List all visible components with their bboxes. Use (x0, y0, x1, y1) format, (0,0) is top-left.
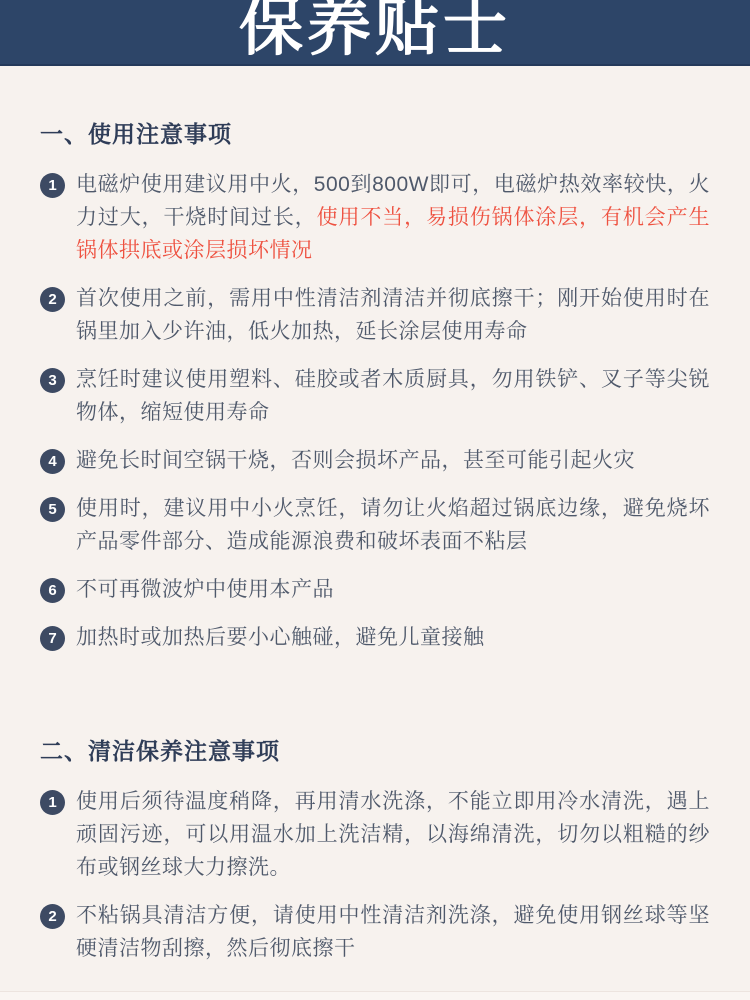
item-number-badge: 6 (40, 578, 65, 603)
item-number-badge: 3 (40, 368, 65, 393)
item-text-normal: 烹饪时建议使用塑料、硅胶或者木质厨具，勿用铁铲、叉子等尖锐物体，缩短使用寿命 (76, 368, 710, 424)
section-usage-precautions: 一、使用注意事项 1 电磁炉使用建议用中火，500到800W即可，电磁炉热效率较… (40, 116, 710, 655)
item-text-normal: 首次使用之前，需用中性清洁剂清洁并彻底擦干；刚开始使用时在锅里加入少许油，低火加… (76, 287, 710, 343)
item-text-normal: 不粘锅具清洁方便，请使用中性清洁剂洗涤，避免使用钢丝球等坚硬清洁物刮擦，然后彻底… (76, 904, 710, 960)
item-number-badge: 7 (40, 626, 65, 651)
list-item: 1 使用后须待温度稍降，再用清水洗涤，不能立即用冷水清洗，遇上顽固污迹，可以用温… (40, 786, 710, 885)
item-text-normal: 不可再微波炉中使用本产品 (76, 578, 334, 601)
list-item: 1 电磁炉使用建议用中火，500到800W即可，电磁炉热效率较快，火力过大，干烧… (40, 169, 710, 268)
page-footer-strip (0, 991, 750, 1000)
item-text: 不粘锅具清洁方便，请使用中性清洁剂洗涤，避免使用钢丝球等坚硬清洁物刮擦，然后彻底… (76, 900, 710, 966)
section-heading: 二、清洁保养注意事项 (40, 733, 710, 766)
item-text: 烹饪时建议使用塑料、硅胶或者木质厨具，勿用铁铲、叉子等尖锐物体，缩短使用寿命 (76, 364, 710, 430)
item-text-normal: 使用时，建议用中小火烹饪，请勿让火焰超过锅底边缘，避免烧坏产品零件部分、造成能源… (76, 497, 710, 553)
item-text-normal: 使用后须待温度稍降，再用清水洗涤，不能立即用冷水清洗，遇上顽固污迹，可以用温水加… (76, 790, 710, 879)
page-title: 保养贴士 (239, 0, 511, 64)
item-number-badge: 5 (40, 497, 65, 522)
list-item: 3 烹饪时建议使用塑料、硅胶或者木质厨具，勿用铁铲、叉子等尖锐物体，缩短使用寿命 (40, 364, 710, 430)
page-header: 保养贴士 (0, 0, 750, 66)
list-item: 7 加热时或加热后要小心触碰，避免儿童接触 (40, 622, 710, 655)
item-number-badge: 4 (40, 449, 65, 474)
item-text: 使用时，建议用中小火烹饪，请勿让火焰超过锅底边缘，避免烧坏产品零件部分、造成能源… (76, 493, 710, 559)
list-item: 2 首次使用之前，需用中性清洁剂清洁并彻底擦干；刚开始使用时在锅里加入少许油，低… (40, 283, 710, 349)
section-cleaning-precautions: 二、清洁保养注意事项 1 使用后须待温度稍降，再用清水洗涤，不能立即用冷水清洗，… (40, 733, 710, 966)
page-content: 一、使用注意事项 1 电磁炉使用建议用中火，500到800W即可，电磁炉热效率较… (0, 66, 750, 965)
care-tips-page: 保养贴士 一、使用注意事项 1 电磁炉使用建议用中火，500到800W即可，电磁… (0, 0, 750, 1000)
item-text: 避免长时间空锅干烧，否则会损坏产品，甚至可能引起火灾 (76, 445, 710, 478)
item-number-badge: 2 (40, 287, 65, 312)
item-text-normal: 避免长时间空锅干烧，否则会损坏产品，甚至可能引起火灾 (76, 449, 635, 472)
list-item: 6 不可再微波炉中使用本产品 (40, 574, 710, 607)
list-item: 4 避免长时间空锅干烧，否则会损坏产品，甚至可能引起火灾 (40, 445, 710, 478)
item-text: 电磁炉使用建议用中火，500到800W即可，电磁炉热效率较快，火力过大，干烧时间… (76, 169, 710, 268)
section-heading: 一、使用注意事项 (40, 116, 710, 149)
item-text: 首次使用之前，需用中性清洁剂清洁并彻底擦干；刚开始使用时在锅里加入少许油，低火加… (76, 283, 710, 349)
item-text-normal: 加热时或加热后要小心触碰，避免儿童接触 (76, 626, 485, 649)
list-item: 2 不粘锅具清洁方便，请使用中性清洁剂洗涤，避免使用钢丝球等坚硬清洁物刮擦，然后… (40, 900, 710, 966)
item-text: 加热时或加热后要小心触碰，避免儿童接触 (76, 622, 710, 655)
item-number-badge: 1 (40, 173, 65, 198)
item-number-badge: 2 (40, 904, 65, 929)
item-text: 使用后须待温度稍降，再用清水洗涤，不能立即用冷水清洗，遇上顽固污迹，可以用温水加… (76, 786, 710, 885)
item-number-badge: 1 (40, 790, 65, 815)
item-text: 不可再微波炉中使用本产品 (76, 574, 710, 607)
list-item: 5 使用时，建议用中小火烹饪，请勿让火焰超过锅底边缘，避免烧坏产品零件部分、造成… (40, 493, 710, 559)
